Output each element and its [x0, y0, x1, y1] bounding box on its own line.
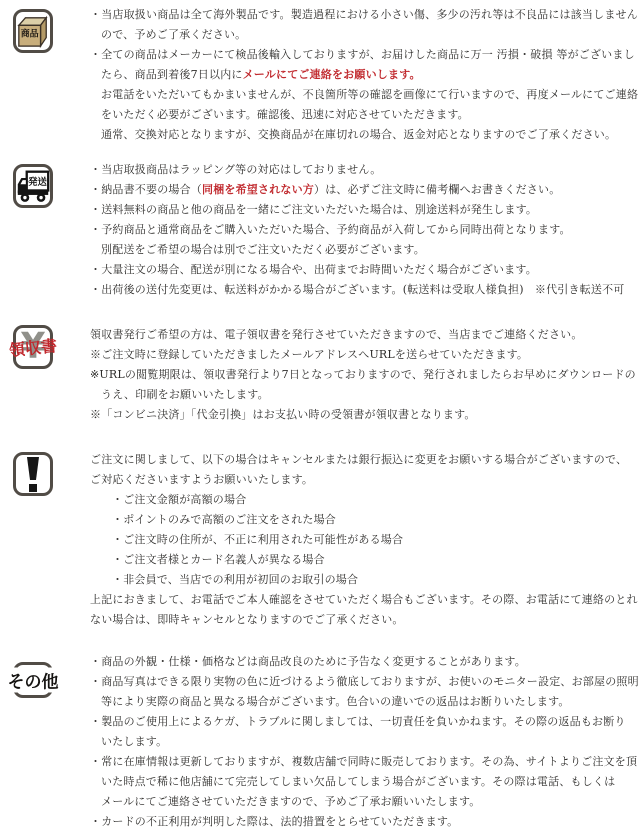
policy-text-segment: ない場合は、即時キャンセルとなりますのでご了承ください。 — [90, 613, 404, 626]
policy-text-segment: ）は、必ずご注文時に備考欄へお書きください。 — [314, 183, 560, 196]
policy-text-column: 領収書発行ご希望の方は、電子領収書を発行させていただきますので、当店までご連絡く… — [90, 325, 640, 425]
policy-text-segment: 通常、交換対応となりますが、交換商品が在庫切れの場合、返金対応となりますのでご了… — [101, 128, 616, 141]
other-icon: その他 — [13, 662, 53, 698]
policy-text-segment: ・商品の外観・仕様・価格などは商品改良のために予告なく変更することがあります。 — [90, 655, 526, 668]
policy-line: ので、予めご了承ください。 — [90, 25, 640, 45]
policy-line: ・予約商品と通常商品をご購入いただいた場合、予約商品が入荷してから同時出荷となり… — [90, 220, 640, 240]
policy-line: ・製品のご使用上によるケガ、トラブルに関しましては、一切責任を負いかねます。その… — [90, 712, 640, 732]
policy-text-segment: ・納品書不要の場合（ — [90, 183, 202, 196]
policy-text-segment: お電話をいただいてもかまいませんが、不良箇所等の確認を画像にて行いますので、再度… — [101, 88, 638, 101]
icon-column: ¥ 領収書 — [0, 325, 90, 369]
icon-column: 発送 — [0, 160, 90, 208]
policy-text-column: ご注文に関しまして、以下の場合はキャンセルまたは銀行振込に変更をお願いする場合が… — [90, 450, 640, 630]
policy-text-segment: ・当店取扱い商品は全て海外製品です。製造過程における小さい傷、多少の汚れ等は不良… — [90, 8, 638, 21]
policy-line: うえ、印刷をお願いいたします。 — [90, 385, 640, 405]
policy-text-red-segment: メールにてご連絡をお願いします。 — [243, 68, 421, 81]
policy-line: 領収書発行ご希望の方は、電子領収書を発行させていただきますので、当店までご連絡く… — [90, 325, 640, 345]
policy-text-segment: 等により実際の商品と異なる場合がございます。色合いの違いでの返品はお断りいたしま… — [101, 695, 570, 708]
icon-column — [0, 450, 90, 496]
policy-text-segment: ・予約商品と通常商品をご購入いただいた場合、予約商品が入荷してから同時出荷となり… — [90, 223, 571, 236]
policy-line: ・ポイントのみで高額のご注文をされた場合 — [90, 510, 640, 530]
policy-text-segment: 上記におきまして、お電話でご本人確認をさせていただく場合もございます。その際、お… — [90, 593, 638, 606]
policy-line: お電話をいただいてもかまいませんが、不良箇所等の確認を画像にて行いますので、再度… — [90, 85, 640, 105]
policy-line: ご対応くださいますようお願いいたします。 — [90, 470, 640, 490]
policy-text-segment: うえ、印刷をお願いいたします。 — [101, 388, 269, 401]
section-shipping: 発送 ・当店取扱商品はラッピング等の対応はしておりません。・納品書不要の場合（同… — [0, 160, 640, 300]
policy-text-segment: ・カードの不正利用が判明した際は、法的措置をとらせていただきます。 — [90, 815, 458, 828]
policy-text-segment: ・出荷後の送付先変更は、転送料がかかる場合がございます。(転送料は受取人様負担)… — [90, 283, 625, 296]
policy-line: ※URLの閲覧期限は、領収書発行より7日となっておりますので、発行されましたらお… — [90, 365, 640, 385]
policy-line: 別配送をご希望の場合は別でご注文いただく必要がございます。 — [90, 240, 640, 260]
product-box-icon: 商品 — [13, 9, 53, 53]
policy-text-segment: 別配送をご希望の場合は別でご注文いただく必要がございます。 — [101, 243, 425, 256]
policy-line: ・納品書不要の場合（同梱を希望されない方）は、必ずご注文時に備考欄へお書きくださ… — [90, 180, 640, 200]
policy-text-segment: ・ご注文金額が高額の場合 — [112, 493, 246, 506]
shipping-truck-icon: 発送 — [13, 164, 53, 208]
policy-line: 上記におきまして、お電話でご本人確認をさせていただく場合もございます。その際、お… — [90, 590, 640, 610]
policy-line: ※ご注文時に登録していただきましたメールアドレスへURLを送らせていただきます。 — [90, 345, 640, 365]
policy-text-red-segment: 同梱を希望されない方 — [202, 183, 314, 196]
policy-text-column: ・当店取扱商品はラッピング等の対応はしておりません。・納品書不要の場合（同梱を希… — [90, 160, 640, 300]
policy-sections: 商品 ・当店取扱い商品は全て海外製品です。製造過程における小さい傷、多少の汚れ等… — [0, 5, 640, 832]
policy-text-segment: ※ご注文時に登録していただきましたメールアドレスへURLを送らせていただきます。 — [90, 348, 528, 361]
section-receipt: ¥ 領収書領収書発行ご希望の方は、電子領収書を発行させていただきますので、当店ま… — [0, 325, 640, 425]
other-label: その他 — [6, 668, 61, 693]
policy-line: ・カードの不正利用が判明した際は、法的措置をとらせていただきます。 — [90, 812, 640, 832]
policy-text-segment: ご対応くださいますようお願いいたします。 — [90, 473, 313, 486]
policy-line: ・商品写真はできる限り実物の色に近づけるよう徹底しておりますが、お使いのモニター… — [90, 672, 640, 692]
policy-text-segment: ・ご注文時の住所が、不正に利用された可能性がある場合 — [112, 533, 403, 546]
policy-line: ・非会員で、当店での利用が初回のお取引の場合 — [90, 570, 640, 590]
section-product: 商品 ・当店取扱い商品は全て海外製品です。製造過程における小さい傷、多少の汚れ等… — [0, 5, 640, 145]
policy-line: ・当店取扱商品はラッピング等の対応はしておりません。 — [90, 160, 640, 180]
receipt-label: 領収書 — [8, 333, 58, 361]
policy-line: ・大量注文の場合、配送が別になる場合や、出荷までお時間いただく場合がございます。 — [90, 260, 640, 280]
policy-line: ない場合は、即時キャンセルとなりますのでご了承ください。 — [90, 610, 640, 630]
policy-text-segment: ・ポイントのみで高額のご注文をされた場合 — [112, 513, 336, 526]
policy-line: ・送料無料の商品と他の商品を一緒にご注文いただいた場合は、別途送料が発生します。 — [90, 200, 640, 220]
policy-text-segment: ※「コンビニ決済」「代金引換」はお支払い時の受領書が領収書となります。 — [90, 408, 476, 421]
cardboard-box-graphic: 商品 — [16, 11, 50, 51]
policy-text-segment: ご注文に関しまして、以下の場合はキャンセルまたは銀行振込に変更をお願いする場合が… — [90, 453, 627, 466]
policy-line: いたします。 — [90, 732, 640, 752]
policy-text-segment: たら、商品到着後7日以内に — [101, 68, 243, 81]
section-other: その他・商品の外観・仕様・価格などは商品改良のために予告なく変更することがありま… — [0, 652, 640, 832]
policy-text-segment: 領収書発行ご希望の方は、電子領収書を発行させていただきますので、当店までご連絡く… — [90, 328, 583, 341]
section-caution: ご注文に関しまして、以下の場合はキャンセルまたは銀行振込に変更をお願いする場合が… — [0, 450, 640, 630]
policy-text-segment: をいただく必要がございます。確認後、迅速に対応させていただきます。 — [101, 108, 469, 121]
policy-text-segment: ・非会員で、当店での利用が初回のお取引の場合 — [112, 573, 358, 586]
policy-line: ・当店取扱い商品は全て海外製品です。製造過程における小さい傷、多少の汚れ等は不良… — [90, 5, 640, 25]
policy-line: いた時点で稀に他店舗にて完売してしまい欠品してしまう場合がございます。その際は電… — [90, 772, 640, 792]
policy-line: ・全ての商品はメーカーにて検品後輸入しておりますが、お届けした商品に万一 汚損・… — [90, 45, 640, 65]
exclamation-graphic — [16, 454, 50, 494]
icon-column: その他 — [0, 652, 90, 698]
alert-icon — [13, 452, 53, 496]
policy-line: 等により実際の商品と異なる場合がございます。色合いの違いでの返品はお断りいたしま… — [90, 692, 640, 712]
policy-text-column: ・当店取扱い商品は全て海外製品です。製造過程における小さい傷、多少の汚れ等は不良… — [90, 5, 640, 145]
policy-text-segment: ・当店取扱商品はラッピング等の対応はしておりません。 — [90, 163, 381, 176]
policy-text-segment: ・製品のご使用上によるケガ、トラブルに関しましては、一切責任を負いかねます。その… — [90, 715, 626, 728]
svg-text:商品: 商品 — [21, 28, 39, 40]
policy-text-segment: ・送料無料の商品と他の商品を一緒にご注文いただいた場合は、別途送料が発生します。 — [90, 203, 537, 216]
policy-line: ・商品の外観・仕様・価格などは商品改良のために予告なく変更することがあります。 — [90, 652, 640, 672]
policy-text-column: ・商品の外観・仕様・価格などは商品改良のために予告なく変更することがあります。・… — [90, 652, 640, 832]
delivery-truck-graphic: 発送 — [16, 165, 50, 207]
policy-text-segment: メールにてご連絡させていただきますので、予めご了承お願いいたします。 — [101, 795, 480, 808]
policy-line: ・ご注文時の住所が、不正に利用された可能性がある場合 — [90, 530, 640, 550]
policy-text-segment: ※URLの閲覧期限は、領収書発行より7日となっておりますので、発行されましたらお… — [90, 368, 636, 381]
policy-line: メールにてご連絡させていただきますので、予めご了承お願いいたします。 — [90, 792, 640, 812]
policy-line: ・出荷後の送付先変更は、転送料がかかる場合がございます。(転送料は受取人様負担)… — [90, 280, 640, 300]
policy-line: ・ご注文者様とカード名義人が異なる場合 — [90, 550, 640, 570]
shop-policy-page: 商品 ・当店取扱い商品は全て海外製品です。製造過程における小さい傷、多少の汚れ等… — [0, 0, 640, 832]
policy-text-segment: いた時点で稀に他店舗にて完売してしまい欠品してしまう場合がございます。その際は電… — [101, 775, 615, 788]
policy-text-segment: ・商品写真はできる限り実物の色に近づけるよう徹底しておりますが、お使いのモニター… — [90, 675, 639, 688]
policy-text-segment: ・ご注文者様とカード名義人が異なる場合 — [112, 553, 325, 566]
policy-text-segment: ので、予めご了承ください。 — [101, 28, 246, 41]
policy-text-segment: ・全ての商品はメーカーにて検品後輸入しておりますが、お届けした商品に万一 汚損・… — [90, 48, 635, 61]
policy-line: たら、商品到着後7日以内にメールにてご連絡をお願いします。 — [90, 65, 640, 85]
policy-text-segment: いたします。 — [101, 735, 167, 748]
receipt-icon: ¥ 領収書 — [13, 325, 53, 369]
policy-line: ご注文に関しまして、以下の場合はキャンセルまたは銀行振込に変更をお願いする場合が… — [90, 450, 640, 470]
policy-line: ・常に在庫情報は更新しておりますが、複数店舗で同時に販売しております。その為、サ… — [90, 752, 640, 772]
policy-line: ・ご注文金額が高額の場合 — [90, 490, 640, 510]
policy-text-segment: ・常に在庫情報は更新しておりますが、複数店舗で同時に販売しております。その為、サ… — [90, 755, 637, 768]
svg-text:発送: 発送 — [28, 176, 47, 188]
policy-line: ※「コンビニ決済」「代金引換」はお支払い時の受領書が領収書となります。 — [90, 405, 640, 425]
icon-column: 商品 — [0, 5, 90, 53]
policy-line: をいただく必要がございます。確認後、迅速に対応させていただきます。 — [90, 105, 640, 125]
policy-text-segment: ・大量注文の場合、配送が別になる場合や、出荷までお時間いただく場合がございます。 — [90, 263, 537, 276]
policy-line: 通常、交換対応となりますが、交換商品が在庫切れの場合、返金対応となりますのでご了… — [90, 125, 640, 145]
